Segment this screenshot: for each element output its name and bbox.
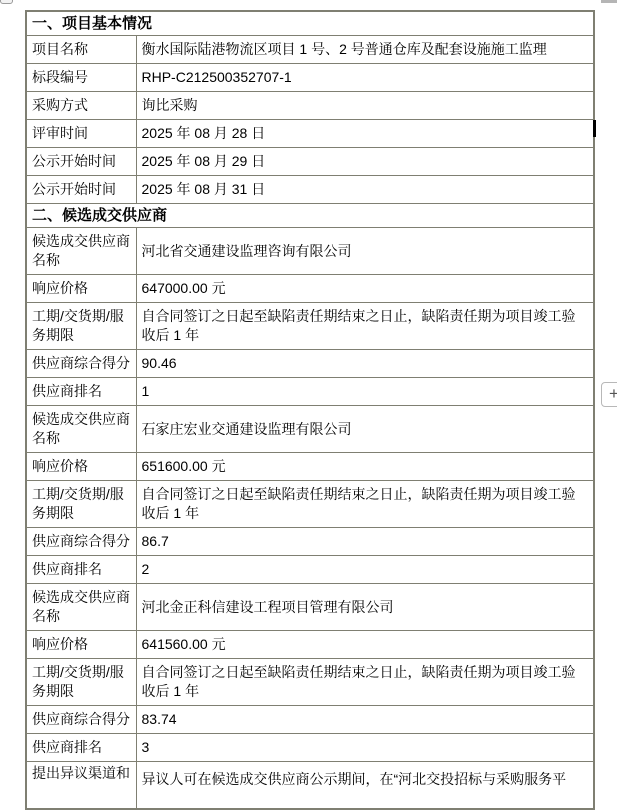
row-label: 候选成交供应商名称: [26, 406, 136, 453]
announcement-table: 一、项目基本情况 项目名称 衡水国际陆港物流区项目 1 号、2 号普通仓库及配套…: [25, 10, 595, 797]
supplier-score: 86.7: [136, 528, 594, 556]
row-label: 项目名称: [26, 36, 136, 64]
zoom-in-button[interactable]: +: [601, 382, 617, 407]
text-cursor: [593, 120, 596, 137]
table-row: 响应价格 651600.00 元: [26, 453, 594, 481]
row-label: 公示开始时间: [26, 148, 136, 176]
supplier-name: 石家庄宏业交通建设监理有限公司: [136, 406, 594, 453]
row-label: 响应价格: [26, 453, 136, 481]
row-label: 供应商综合得分: [26, 528, 136, 556]
table-row: 响应价格 647000.00 元: [26, 275, 594, 303]
scrollbar-fragment-top-right: [601, 0, 617, 3]
row-label: 供应商综合得分: [26, 706, 136, 734]
table-row: 采购方式 询比采购: [26, 92, 594, 120]
row-label: 采购方式: [26, 92, 136, 120]
table-row: 标段编号 RHP-C212500352707-1: [26, 64, 594, 92]
row-label: 供应商排名: [26, 378, 136, 406]
row-label: 工期/交货期/服务期限: [26, 303, 136, 350]
supplier-rank: 1: [136, 378, 594, 406]
row-value: RHP-C212500352707-1: [136, 64, 594, 92]
objection-channel-value: 异议人可在候选成交供应商公示期间，在“河北交投招标与采购服务平: [136, 762, 594, 798]
row-label: 工期/交货期/服务期限: [26, 659, 136, 706]
supplier-score: 90.46: [136, 350, 594, 378]
plus-icon: +: [609, 384, 617, 403]
supplier-price: 651600.00 元: [136, 453, 594, 481]
row-label: 评审时间: [26, 120, 136, 148]
section-title-basic-info: 一、项目基本情况: [26, 11, 594, 36]
supplier-price: 641560.00 元: [136, 631, 594, 659]
supplier-rank: 2: [136, 556, 594, 584]
section-title-candidate-suppliers: 二、候选成交供应商: [26, 204, 594, 228]
table-row: 公示开始时间 2025 年 08 月 29 日: [26, 148, 594, 176]
supplier-name: 河北省交通建设监理咨询有限公司: [136, 228, 594, 275]
table-row: 公示开始时间 2025 年 08 月 31 日: [26, 176, 594, 204]
table-row: 供应商综合得分 83.74: [26, 706, 594, 734]
table-row: 供应商综合得分 90.46: [26, 350, 594, 378]
table-row: 一、项目基本情况: [26, 11, 594, 36]
row-value: 询比采购: [136, 92, 594, 120]
table-row: 二、候选成交供应商: [26, 204, 594, 228]
row-label: 工期/交货期/服务期限: [26, 481, 136, 528]
table-row: 工期/交货期/服务期限 自合同签订之日起至缺陷责任期结束之日止，缺陷责任期为项目…: [26, 659, 594, 706]
scrollbar-fragment-top-left: [0, 0, 13, 4]
supplier-price: 647000.00 元: [136, 275, 594, 303]
table-row: 项目名称 衡水国际陆港物流区项目 1 号、2 号普通仓库及配套设施施工监理: [26, 36, 594, 64]
row-label: 公示开始时间: [26, 176, 136, 204]
row-label: 供应商综合得分: [26, 350, 136, 378]
supplier-period: 自合同签订之日起至缺陷责任期结束之日止，缺陷责任期为项目竣工验收后 1 年: [136, 303, 594, 350]
row-label: 标段编号: [26, 64, 136, 92]
supplier-period: 自合同签订之日起至缺陷责任期结束之日止，缺陷责任期为项目竣工验收后 1 年: [136, 481, 594, 528]
supplier-period: 自合同签订之日起至缺陷责任期结束之日止，缺陷责任期为项目竣工验收后 1 年: [136, 659, 594, 706]
supplier-name: 河北金正科信建设工程项目管理有限公司: [136, 584, 594, 631]
table-row: 工期/交货期/服务期限 自合同签订之日起至缺陷责任期结束之日止，缺陷责任期为项目…: [26, 303, 594, 350]
row-label: 候选成交供应商名称: [26, 584, 136, 631]
row-value: 2025 年 08 月 28 日: [136, 120, 594, 148]
table-row: 候选成交供应商名称 河北省交通建设监理咨询有限公司: [26, 228, 594, 275]
supplier-rank: 3: [136, 734, 594, 762]
table-row: 供应商排名 3: [26, 734, 594, 762]
supplier-score: 83.74: [136, 706, 594, 734]
row-label: 供应商排名: [26, 734, 136, 762]
row-label: 响应价格: [26, 275, 136, 303]
table-row: 评审时间 2025 年 08 月 28 日: [26, 120, 594, 148]
table-row: 供应商综合得分 86.7: [26, 528, 594, 556]
table-row: 工期/交货期/服务期限 自合同签订之日起至缺陷责任期结束之日止，缺陷责任期为项目…: [26, 481, 594, 528]
row-label: 候选成交供应商名称: [26, 228, 136, 275]
table-row: 响应价格 641560.00 元: [26, 631, 594, 659]
table-row: 候选成交供应商名称 河北金正科信建设工程项目管理有限公司: [26, 584, 594, 631]
row-label: 供应商排名: [26, 556, 136, 584]
row-label: 响应价格: [26, 631, 136, 659]
row-value: 衡水国际陆港物流区项目 1 号、2 号普通仓库及配套设施施工监理: [136, 36, 594, 64]
row-value: 2025 年 08 月 31 日: [136, 176, 594, 204]
table-row: 供应商排名 2: [26, 556, 594, 584]
table-row: 候选成交供应商名称 石家庄宏业交通建设监理有限公司: [26, 406, 594, 453]
row-value: 2025 年 08 月 29 日: [136, 148, 594, 176]
table-row: 提出异议渠道和 异议人可在候选成交供应商公示期间，在“河北交投招标与采购服务平: [26, 762, 594, 798]
table-row: 供应商排名 1: [26, 378, 594, 406]
row-label: 提出异议渠道和: [26, 762, 136, 798]
